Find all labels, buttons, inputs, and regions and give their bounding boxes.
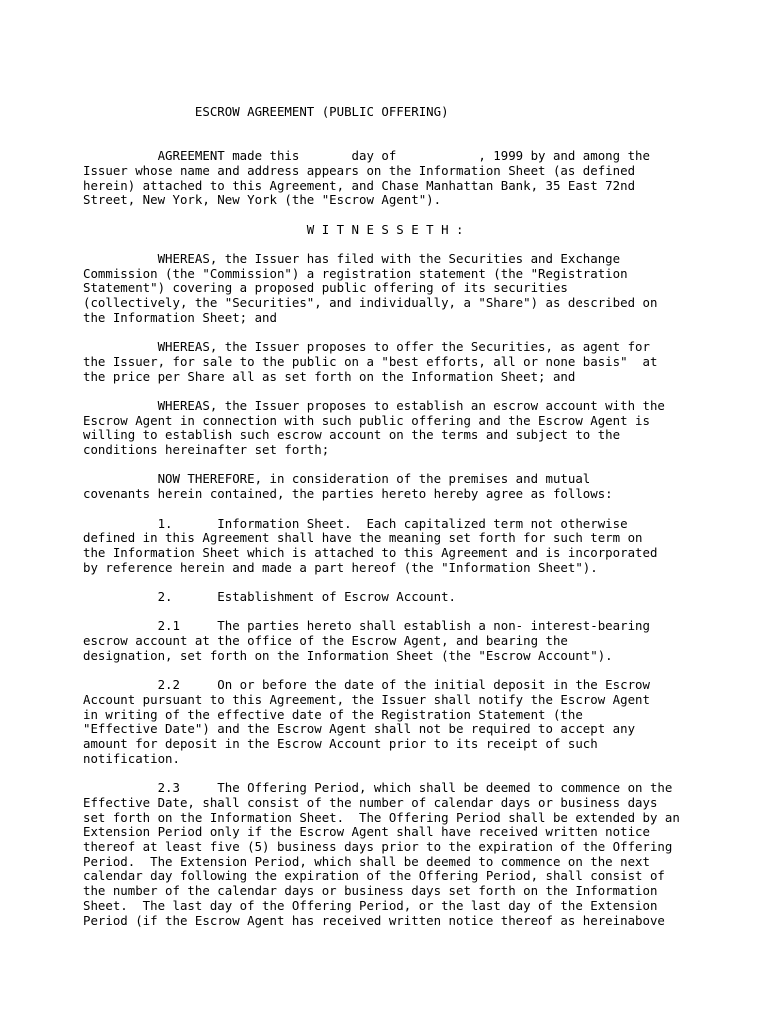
section-2-1-paragraph: 2.1 The parties hereto shall establish a… (83, 619, 770, 663)
section-2-2-paragraph: 2.2 On or before the date of the initial… (83, 678, 770, 766)
witnesseth-heading: W I T N E S S E T H : (83, 223, 770, 238)
opening-paragraph: AGREEMENT made this day of , 1999 by and… (83, 149, 770, 208)
whereas-clause-offering: WHEREAS, the Issuer proposes to offer th… (83, 340, 770, 384)
whereas-clause-escrow-account: WHEREAS, the Issuer proposes to establis… (83, 399, 770, 458)
section-2-3-paragraph: 2.3 The Offering Period, which shall be … (83, 781, 770, 928)
section-1-information-sheet: 1. Information Sheet. Each capitalized t… (83, 517, 770, 576)
document-title: ESCROW AGREEMENT (PUBLIC OFFERING) (83, 105, 770, 120)
document-page: ESCROW AGREEMENT (PUBLIC OFFERING) AGREE… (0, 0, 770, 1024)
whereas-clause-registration: WHEREAS, the Issuer has filed with the S… (83, 252, 770, 326)
now-therefore-paragraph: NOW THEREFORE, in consideration of the p… (83, 472, 770, 501)
section-2-heading: 2. Establishment of Escrow Account. (83, 590, 770, 605)
